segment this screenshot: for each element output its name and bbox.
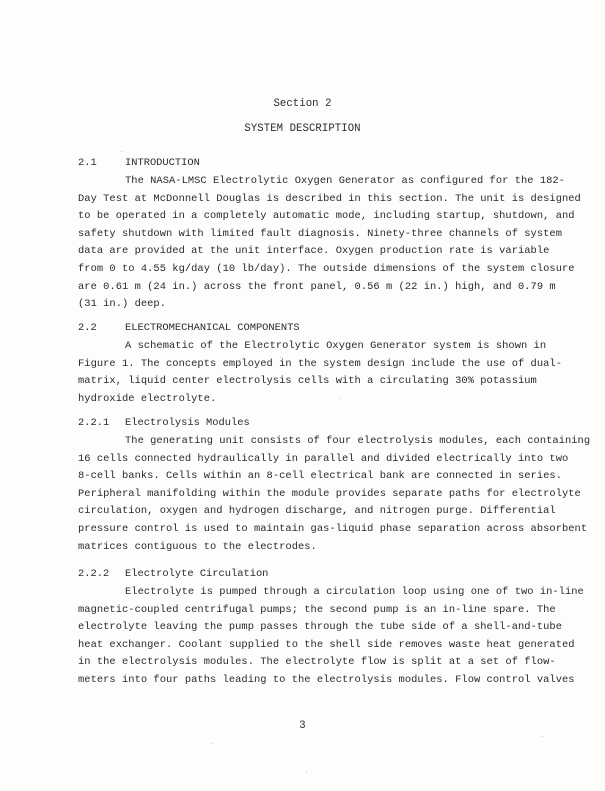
heading-number: 2.2.1 xyxy=(78,417,125,429)
heading-text: INTRODUCTION xyxy=(125,157,200,169)
heading-text: Electrolyte Circulation xyxy=(125,568,268,580)
text-line: matrices contiguous to the electrodes. xyxy=(78,539,568,557)
scan-speck xyxy=(306,771,307,772)
text-line: Day Test at McDonnell Douglas is describ… xyxy=(78,191,568,209)
text-line: from 0 to 4.55 kg/day (10 lb/day). The o… xyxy=(78,261,568,279)
text-line: A schematic of the Electrolytic Oxygen G… xyxy=(78,338,568,356)
text-line: The generating unit consists of four ele… xyxy=(78,433,568,451)
text-line: meters into four paths leading to the el… xyxy=(78,672,568,690)
heading-number: 2.1 xyxy=(78,157,125,169)
page-number: 3 xyxy=(0,720,605,732)
text-line: (31 in.) deep. xyxy=(78,296,568,314)
text-line: data are provided at the unit interface.… xyxy=(78,243,568,261)
scan-speck xyxy=(211,743,212,744)
text-line: in the electrolysis modules. The electro… xyxy=(78,654,568,672)
text-line: Electrolyte is pumped through a circulat… xyxy=(78,584,568,602)
text-line: pressure control is used to maintain gas… xyxy=(78,521,568,539)
paragraph-electrolysis-modules: The generating unit consists of four ele… xyxy=(78,433,568,556)
text-line: The NASA-LMSC Electrolytic Oxygen Genera… xyxy=(78,173,568,191)
scan-speck xyxy=(542,736,543,737)
text-line: Peripheral manifolding within the module… xyxy=(78,486,568,504)
text-line: 16 cells connected hydraulically in para… xyxy=(78,451,568,469)
text-line: hydroxide electrolyte. xyxy=(78,391,568,409)
paragraph-electromechanical: A schematic of the Electrolytic Oxygen G… xyxy=(78,338,568,408)
text-line: electrolyte leaving the pump passes thro… xyxy=(78,619,568,637)
section-label: Section 2 xyxy=(0,98,605,110)
text-line: safety shutdown with limited fault diagn… xyxy=(78,226,568,244)
paragraph-introduction: The NASA-LMSC Electrolytic Oxygen Genera… xyxy=(78,173,568,314)
heading-number: 2.2 xyxy=(78,322,125,334)
text-line: are 0.61 m (24 in.) across the front pan… xyxy=(78,279,568,297)
scan-speck xyxy=(121,151,122,152)
section-title: SYSTEM DESCRIPTION xyxy=(0,123,605,135)
text-line: 8-cell banks. Cells within an 8-cell ele… xyxy=(78,468,568,486)
heading-number: 2.2.2 xyxy=(78,568,125,580)
text-line: magnetic-coupled centrifugal pumps; the … xyxy=(78,602,568,620)
scan-speck xyxy=(280,357,281,358)
scan-speck xyxy=(330,109,331,110)
heading-2-2-2: 2.2.2Electrolyte Circulation xyxy=(78,568,268,580)
text-line: matrix, liquid center electrolysis cells… xyxy=(78,373,568,391)
scan-speck xyxy=(340,398,341,399)
heading-text: ELECTROMECHANICAL COMPONENTS xyxy=(125,322,300,334)
document-page: Section 2 SYSTEM DESCRIPTION 2.1INTRODUC… xyxy=(0,0,605,791)
text-line: circulation, oxygen and hydrogen dischar… xyxy=(78,503,568,521)
heading-2-2-1: 2.2.1Electrolysis Modules xyxy=(78,417,250,429)
text-line: Figure 1. The concepts employed in the s… xyxy=(78,356,568,374)
paragraph-electrolyte-circulation: Electrolyte is pumped through a circulat… xyxy=(78,584,568,690)
heading-2-1: 2.1INTRODUCTION xyxy=(78,157,200,169)
heading-2-2: 2.2ELECTROMECHANICAL COMPONENTS xyxy=(78,322,300,334)
heading-text: Electrolysis Modules xyxy=(125,417,250,429)
text-line: heat exchanger. Coolant supplied to the … xyxy=(78,637,568,655)
text-line: to be operated in a completely automatic… xyxy=(78,208,568,226)
